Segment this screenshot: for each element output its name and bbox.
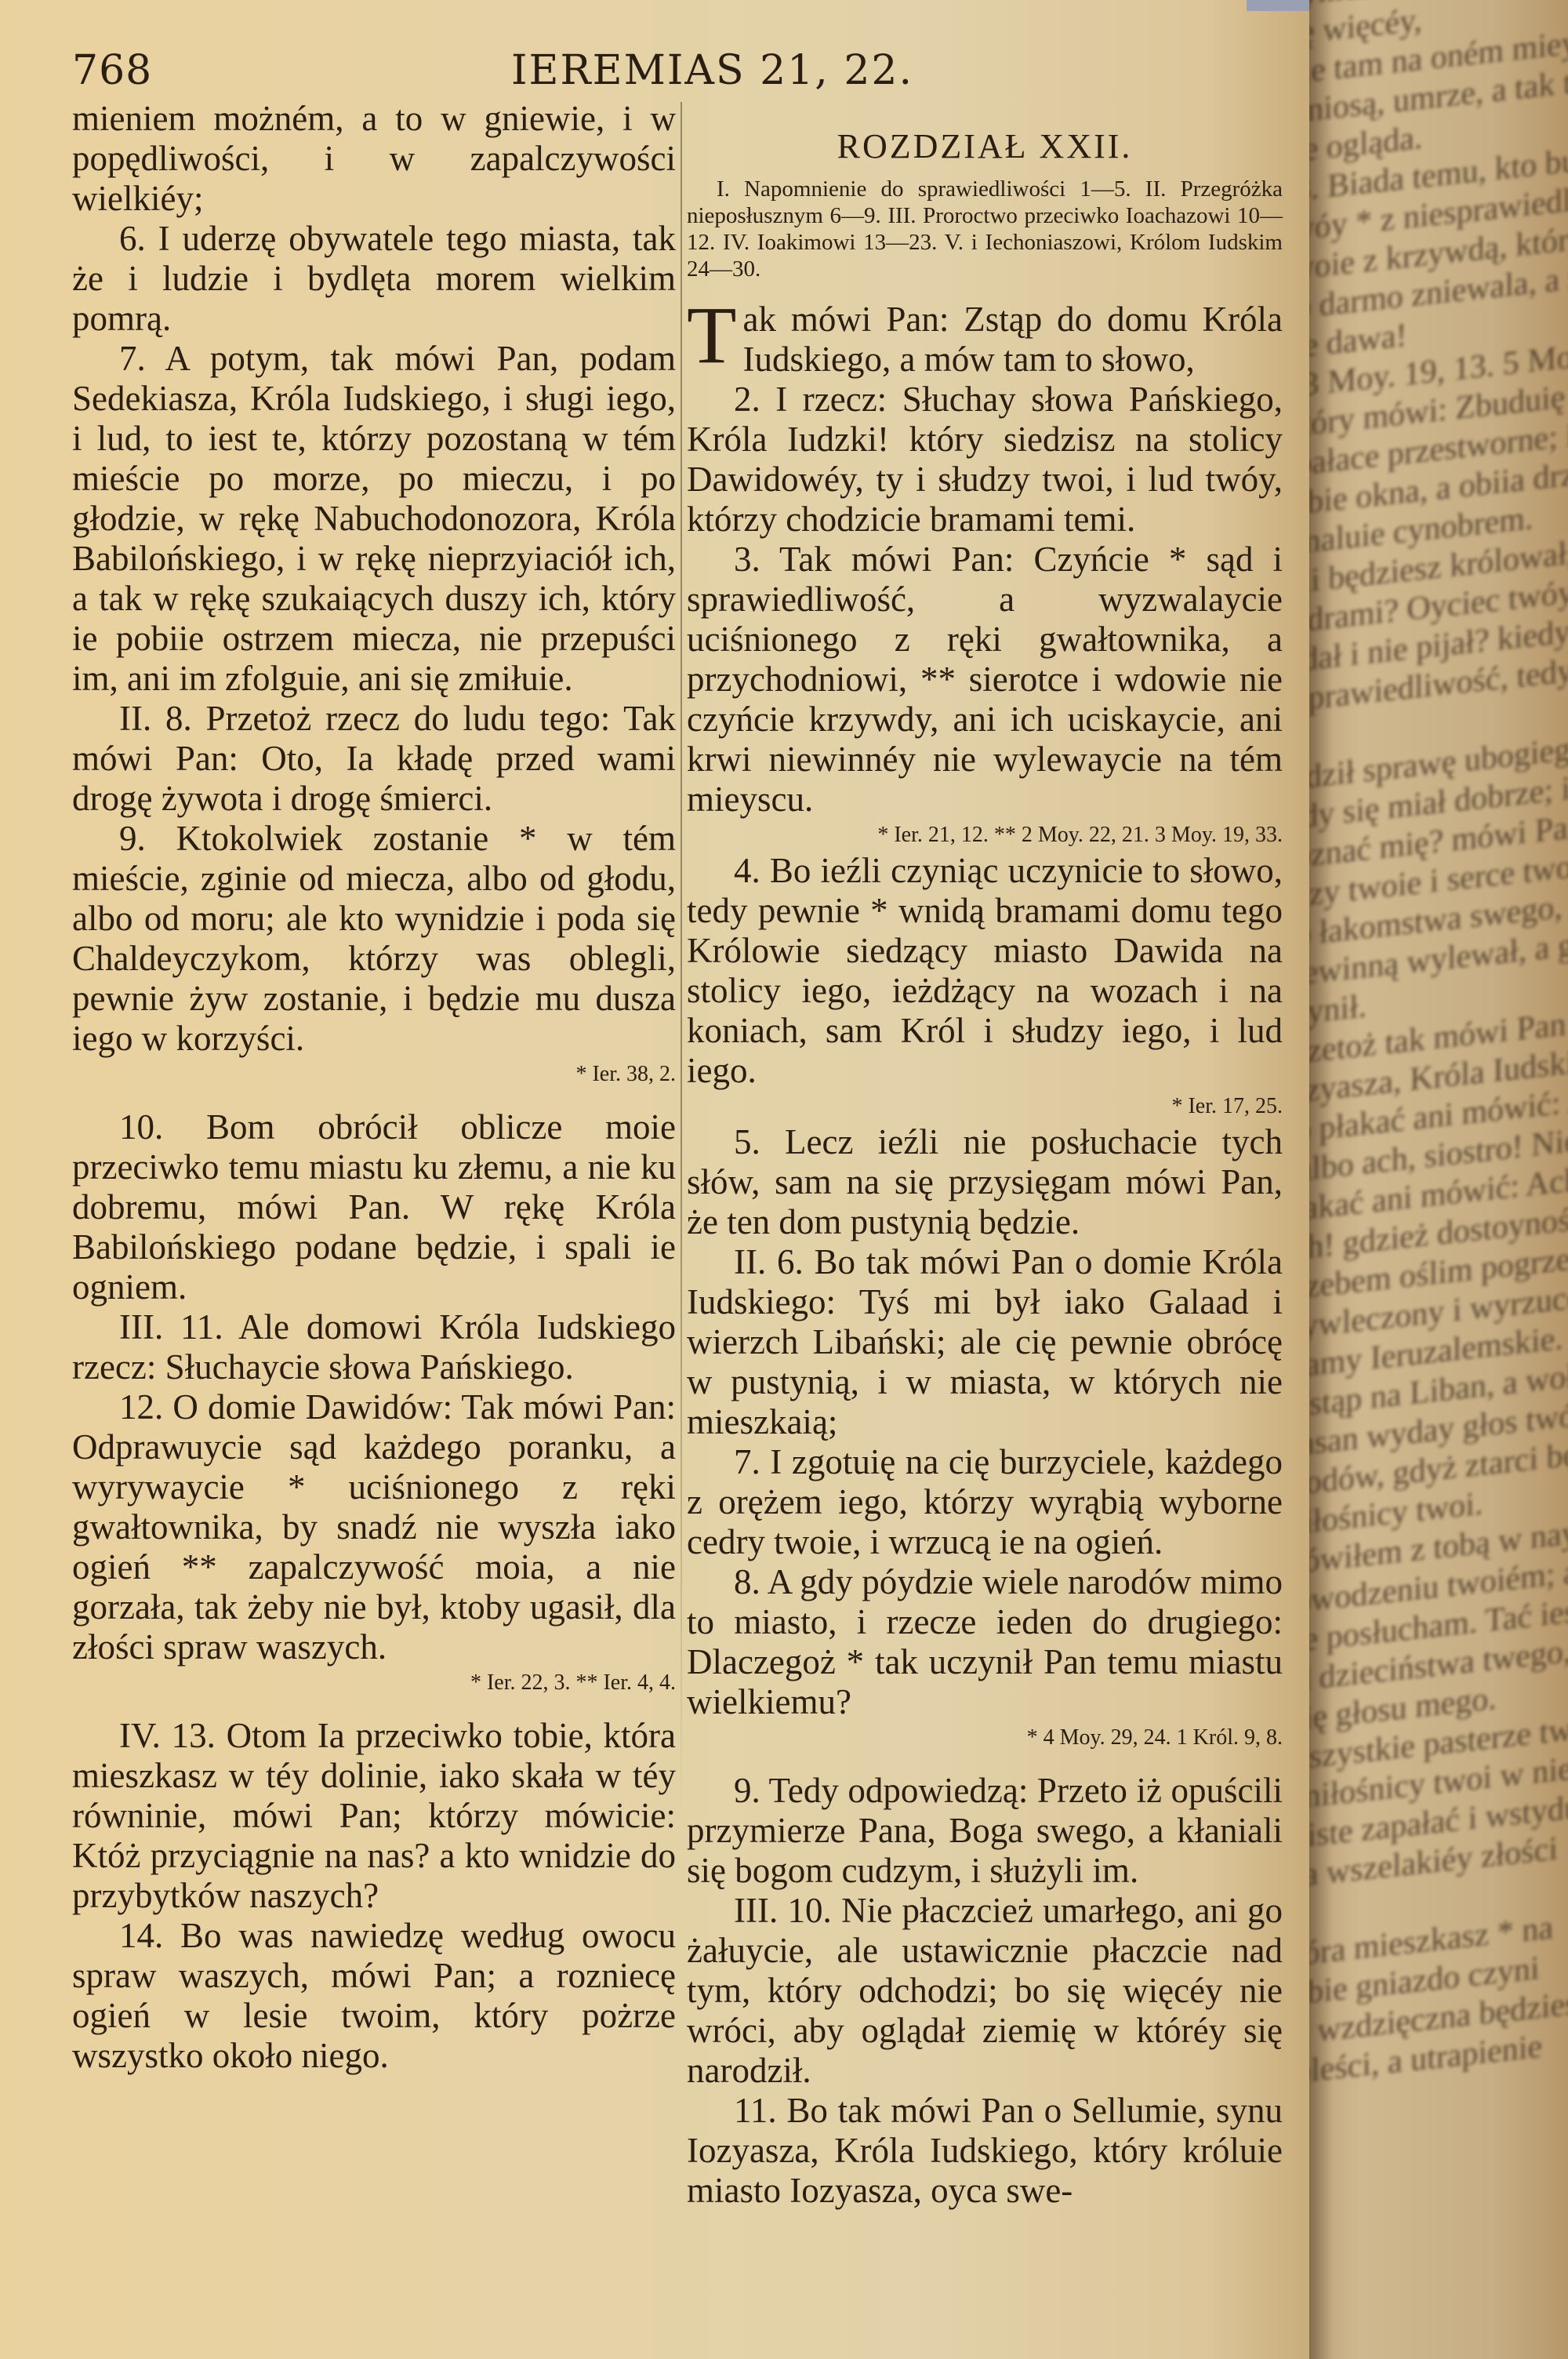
drop-cap: T — [687, 303, 737, 369]
verse: 14. Bo was nawiedzę według owocu spraw w… — [72, 1916, 676, 2076]
running-head: 768 IEREMIAS 21, 22. — [72, 47, 1262, 102]
verse: II. 6. Bo tak mówi Pan o domie Króla Iud… — [687, 1242, 1283, 1442]
verse: mieniem możném, a to w gniewie, i w popę… — [72, 99, 676, 219]
verse: 9. Ktokolwiek zostanie * w tém mieście, … — [72, 819, 676, 1059]
running-title: IEREMIAS 21, 22. — [511, 47, 913, 94]
footnote: * 4 Moy. 29, 24. 1 Król. 9, 8. — [687, 1722, 1283, 1754]
spacer — [687, 1754, 1283, 1771]
spacer — [72, 1090, 676, 1107]
verse: 9. Tedy odpowiedzą: Przeto iż opuścili p… — [687, 1771, 1283, 1891]
opening-verse: Tak mówi Pan: Zstąp do domu Króla Iudski… — [687, 300, 1283, 380]
verse: 12. O domie Dawidów: Tak mówi Pan: Odpra… — [72, 1387, 676, 1667]
chapter-summary: I. Napomnienie do sprawiedliwości 1—5. I… — [687, 176, 1283, 282]
verse: 4. Bo ieźli czyniąc uczynicie to słowo, … — [687, 851, 1283, 1091]
right-column-verses: 2. I rzecz: Słuchay słowa Pańskiego, Kró… — [687, 380, 1283, 2211]
verse: 8. A gdy póydzie wiele narodów mimo to m… — [687, 1562, 1283, 1722]
verse: 10. Bom obrócił oblicze moie przeciwko t… — [72, 1107, 676, 1307]
spacer — [72, 1699, 676, 1716]
footnote: * Ier. 38, 2. — [72, 1059, 676, 1090]
right-column: ROZDZIAŁ XXII. I. Napomnienie do sprawie… — [687, 99, 1283, 2211]
column-divider — [681, 102, 682, 1827]
book-page: 768 IEREMIAS 21, 22. mieniem możném, a t… — [0, 0, 1309, 2359]
verse: 11. Bo tak mówi Pan o Sellumie, synu Ioz… — [687, 2091, 1283, 2211]
verse: 7. I zgotuię na cię burzyciele, każdego … — [687, 1442, 1283, 1562]
background-edge — [1247, 0, 1309, 11]
verse: II. 8. Przetoż rzecz do ludu tego: Tak m… — [72, 699, 676, 819]
verse: IV. 13. Otom Ia przeciwko tobie, która m… — [72, 1716, 676, 1916]
footnote: * Ier. 17, 25. — [687, 1091, 1283, 1122]
opening-verse-text: ak mówi Pan: Zstąp do domu Króla Iudskie… — [743, 300, 1283, 379]
verse: 3. Tak mówi Pan: Czyńcie * sąd i sprawie… — [687, 540, 1283, 820]
verse: III. 10. Nie płaczcież umarłego, ani go … — [687, 1891, 1283, 2091]
page-number: 768 — [72, 47, 152, 94]
gutter-shadow — [1309, 0, 1333, 2359]
chapter-title: ROZDZIAŁ XXII. — [687, 127, 1283, 166]
footnote: * Ier. 21, 12. ** 2 Moy. 22, 21. 3 Moy. … — [687, 820, 1283, 851]
verse: III. 11. Ale domowi Króla Iudskiego rzec… — [72, 1307, 676, 1387]
verse: 7. A potym, tak mówi Pan, podam Sedekias… — [72, 339, 676, 699]
verse: 2. I rzecz: Słuchay słowa Pańskiego, Kró… — [687, 380, 1283, 540]
left-column: mieniem możném, a to w gniewie, i w popę… — [72, 99, 676, 2076]
footnote: * Ier. 22, 3. ** Ier. 4, 4. — [72, 1667, 676, 1699]
facing-page-text: wynidzie z mieyscu,się więcéy,Ale tam na… — [1309, 0, 1568, 2094]
facing-page-edge: wynidzie z mieyscu,się więcéy,Ale tam na… — [1309, 0, 1568, 2359]
verse: 5. Lecz ieźli nie posłuchacie tych słów,… — [687, 1122, 1283, 1242]
verse: 6. I uderzę obywatele tego miasta, tak ż… — [72, 219, 676, 339]
